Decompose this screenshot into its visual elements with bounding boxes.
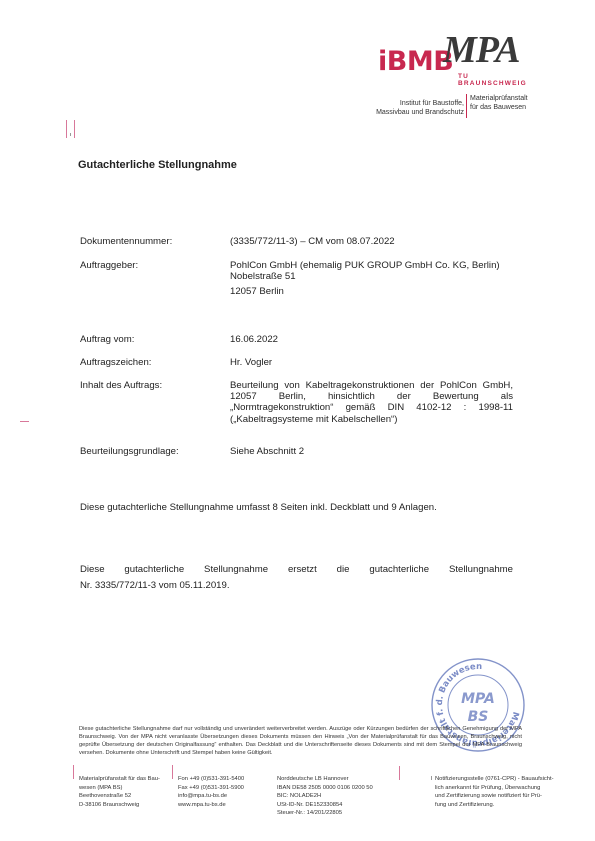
stamp-center-mpa: MPA	[461, 691, 495, 707]
footer-email-link[interactable]: info@mpa.tu-bs.de	[178, 792, 288, 801]
field-value: 16.06.2022	[230, 334, 513, 345]
logo-tu-braunschweig: TU BRAUNSCHWEIG	[458, 73, 538, 87]
institute-name-left: Institut für Baustoffe, Massivbau und Br…	[376, 99, 464, 117]
logo-ibmb: iBMB	[378, 46, 453, 77]
field-value: (3335/772/11-3) – CM vom 08.07.2022	[230, 236, 513, 247]
field-value: Siehe Abschnitt 2	[230, 446, 513, 457]
mpa-logo: iBMB MPA TU BRAUNSCHWEIG	[378, 30, 538, 86]
fold-mark	[74, 120, 75, 138]
field-value: PohlCon GmbH (ehemalig PUK GROUP GmbH Co…	[230, 260, 513, 298]
logo-mpa: MPA	[443, 28, 520, 72]
scope-statement: Diese gutachterliche Stellungnahme umfas…	[80, 502, 520, 513]
footer-disclaimer: Diese gutachterliche Stellungnahme darf …	[79, 725, 522, 757]
punch-mark	[20, 421, 29, 422]
field-label: Auftraggeber:	[80, 260, 220, 271]
footer-notification: Notifizierungsstelle (0761-CPR) - Bauauf…	[435, 775, 555, 809]
footer-bank-details: Norddeutsche LB Hannover IBAN DE58 2505 …	[277, 775, 402, 818]
document-title: Gutachterliche Stellungnahme	[78, 159, 237, 171]
field-label: Beurteilungsgrundlage:	[80, 446, 220, 457]
field-label: Inhalt des Auftrags:	[80, 380, 220, 391]
footer-divider	[73, 765, 74, 779]
field-label: Auftrag vom:	[80, 334, 220, 345]
footer-website-link[interactable]: www.mpa.tu-bs.de	[178, 801, 288, 810]
stamp-center-bs: BS	[468, 709, 489, 725]
replacement-statement: Diese gutachterliche Stellungnahme erset…	[80, 562, 513, 594]
footer-contact: Fon +49 (0)531-391-5400 Fax +49 (0)531-3…	[178, 775, 288, 809]
footer-address: Materialprüfanstalt für das Bau- wesen (…	[79, 775, 174, 809]
field-value: Hr. Vogler	[230, 357, 513, 368]
footer-divider	[431, 776, 432, 780]
field-label: Dokumentennummer:	[80, 236, 220, 247]
fold-mark	[66, 120, 67, 138]
field-value: Beurteilung von Kabeltragekonstruktionen…	[230, 380, 513, 425]
institute-name-right: Materialprüfanstalt für das Bauwesen	[470, 94, 528, 112]
fold-mark-dot	[70, 133, 71, 136]
field-label: Auftragszeichen:	[80, 357, 220, 368]
institute-divider	[466, 94, 467, 118]
